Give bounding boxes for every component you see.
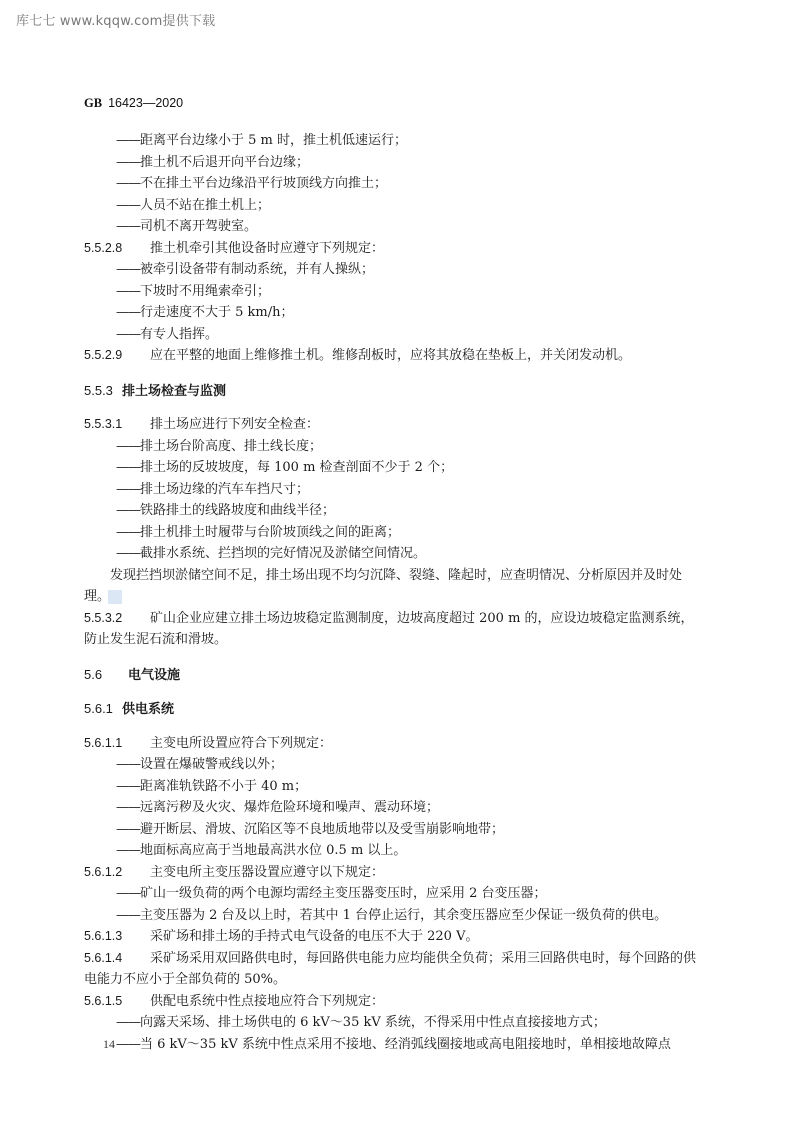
standard-prefix: GB <box>84 96 102 110</box>
list-item: ——不在排土平台边缘沿平行坡顶线方向推土； <box>84 173 700 195</box>
list-item: ——排土机排土时履带与台阶坡顶线之间的距离； <box>84 522 700 544</box>
list-item: ——铁路排土的线路坡度和曲线半径； <box>84 500 700 522</box>
list-item: ——设置在爆破警戒线以外； <box>84 754 700 776</box>
list-item: ——远离污秽及火灾、爆炸危险环境和噪声、震动环境； <box>84 797 700 819</box>
section-heading-5-5-3: 5.5.3排土场检查与监测 <box>84 380 700 402</box>
list-item: ——当 6 kV～35 kV 系统中性点采用不接地、经消弧线圈接地或高电阻接地时… <box>84 1034 700 1056</box>
list-item: ——距离准轨铁路不小于 40 m； <box>84 776 700 798</box>
list-item: ——距离平台边缘小于 5 m 时，推土机低速运行； <box>84 130 700 152</box>
list-item: ——排土场边缘的汽车车挡尺寸； <box>84 479 700 501</box>
section-heading-5-6: 5.6电气设施 <box>84 664 700 686</box>
clause-5-5-2-9: 5.5.2.9应在平整的地面上维修推土机。维修刮板时，应将其放稳在垫板上，并关闭… <box>84 345 700 367</box>
clause-5-6-1-4: 5.6.1.4采矿场采用双回路供电时，每回路供电能力应均能供全负荷；采用三回路供… <box>84 948 700 991</box>
list-item: ——截排水系统、拦挡坝的完好情况及淤储空间情况。 <box>84 543 700 565</box>
list-item: ——向露天采场、排土场供电的 6 kV～35 kV 系统，不得采用中性点直接接地… <box>84 1012 700 1034</box>
list-item: ——排土场台阶高度、排土线长度； <box>84 436 700 458</box>
list-item: ——有专人指挥。 <box>84 324 700 346</box>
document-body: ——距离平台边缘小于 5 m 时，推土机低速运行； ——推土机不后退开向平台边缘… <box>84 130 700 1055</box>
page-number: 14 <box>103 1037 115 1052</box>
standard-code: GB16423—2020 <box>84 96 183 111</box>
clause-5-5-3-2: 5.5.3.2矿山企业应建立排土场边坡稳定监测制度，边坡高度超过 200 m 的… <box>84 608 700 651</box>
clause-5-6-1-3: 5.6.1.3采矿场和排土场的手持式电气设备的电压不大于 220 V。 <box>84 926 700 948</box>
paragraph: 发现拦挡坝淤储空间不足，排土场出现不均匀沉降、裂缝、隆起时，应查明情况、分析原因… <box>84 565 700 608</box>
clause-5-6-1-2: 5.6.1.2主变电所主变压器设置应遵守以下规定： <box>84 862 700 884</box>
watermark: 库七七 www.kqqw.com提供下载 <box>16 10 215 29</box>
list-item: ——排土场的反坡坡度，每 100 m 检查剖面不少于 2 个； <box>84 457 700 479</box>
clause-5-5-3-1: 5.5.3.1排土场应进行下列安全检查： <box>84 414 700 436</box>
list-item: ——主变压器为 2 台及以上时，若其中 1 台停止运行，其余变压器应至少保证一级… <box>84 905 700 927</box>
list-item: ——下坡时不用绳索牵引； <box>84 281 700 303</box>
list-item: ——推土机不后退开向平台边缘； <box>84 152 700 174</box>
list-item: ——行走速度不大于 5 km/h； <box>84 302 700 324</box>
highlight-mark <box>108 590 122 604</box>
list-item: ——矿山一级负荷的两个电源均需经主变压器变压时，应采用 2 台变压器； <box>84 883 700 905</box>
list-item: ——司机不离开驾驶室。 <box>84 216 700 238</box>
clause-5-6-1-1: 5.6.1.1主变电所设置应符合下列规定： <box>84 733 700 755</box>
list-item: ——避开断层、滑坡、沉陷区等不良地质地带以及受雪崩影响地带； <box>84 819 700 841</box>
standard-number: 16423—2020 <box>108 96 183 110</box>
list-item: ——地面标高应高于当地最高洪水位 0.5 m 以上。 <box>84 840 700 862</box>
list-item: ——被牵引设备带有制动系统，并有人操纵； <box>84 259 700 281</box>
clause-5-5-2-8: 5.5.2.8推土机牵引其他设备时应遵守下列规定： <box>84 238 700 260</box>
clause-5-6-1-5: 5.6.1.5供配电系统中性点接地应符合下列规定： <box>84 991 700 1013</box>
section-heading-5-6-1: 5.6.1供电系统 <box>84 698 700 720</box>
list-item: ——人员不站在推土机上； <box>84 195 700 217</box>
